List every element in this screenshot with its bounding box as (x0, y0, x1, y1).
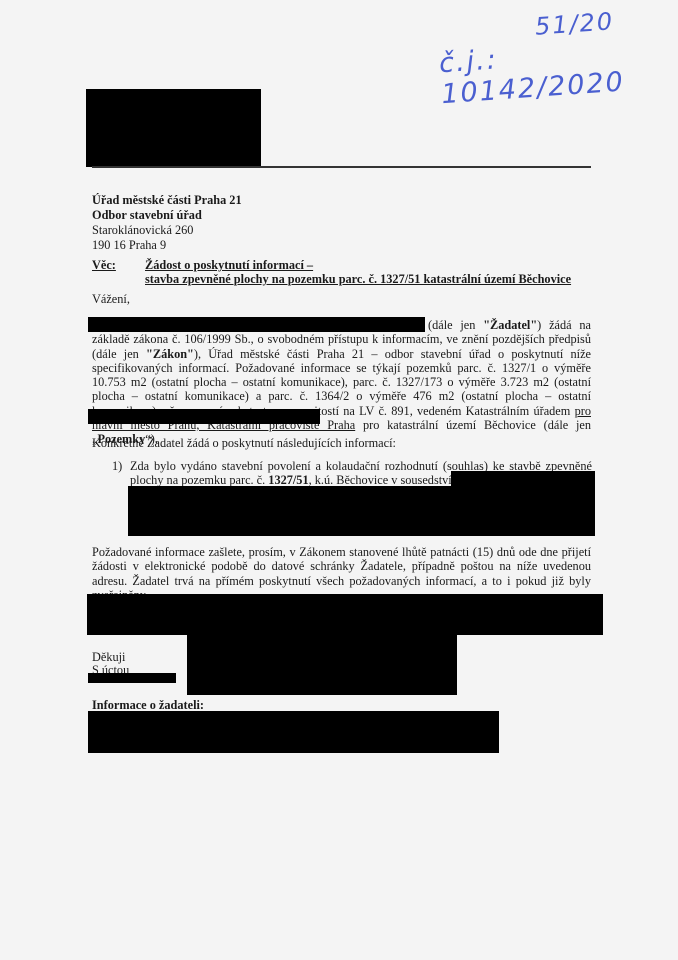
redacted-letterhead (86, 89, 261, 167)
redacted-paragraph-end (88, 409, 320, 424)
recipient-street: Staroklánovická 260 (92, 223, 242, 238)
recipient-office: Úřad městské části Praha 21 (92, 193, 242, 208)
header-rule (92, 166, 591, 168)
subject-line-1: Žádost o poskytnutí informací – (145, 258, 313, 273)
applicant-term: "Žadatel" (483, 318, 537, 332)
redacted-signer-name (88, 673, 176, 683)
redacted-item-detail-block (128, 486, 595, 536)
redacted-block (87, 594, 603, 635)
request-intro: Konkrétně Žadatel žádá o poskytnutí násl… (92, 436, 396, 451)
handwritten-file-number: 51/20 (534, 7, 615, 40)
greeting: Vážení, (92, 292, 130, 307)
redacted-applicant-info (88, 711, 499, 753)
recipient-department: Odbor stavební úřad (92, 208, 242, 223)
item-number: 1) (112, 459, 122, 473)
redacted-signature (187, 634, 457, 695)
request-paragraph: (dále jen "Žadatel") žádá na základě zák… (92, 318, 591, 447)
subject-label: Věc: (92, 258, 116, 273)
recipient-address: Úřad městské části Praha 21 Odbor staveb… (92, 193, 242, 253)
recipient-city: 190 16 Praha 9 (92, 238, 242, 253)
law-term: "Zákon" (146, 347, 194, 361)
handwritten-reference-number: č.j.: 10142/2020 (438, 32, 678, 110)
subject-line-2: stavba zpevněné plochy na pozemku parc. … (145, 272, 571, 287)
